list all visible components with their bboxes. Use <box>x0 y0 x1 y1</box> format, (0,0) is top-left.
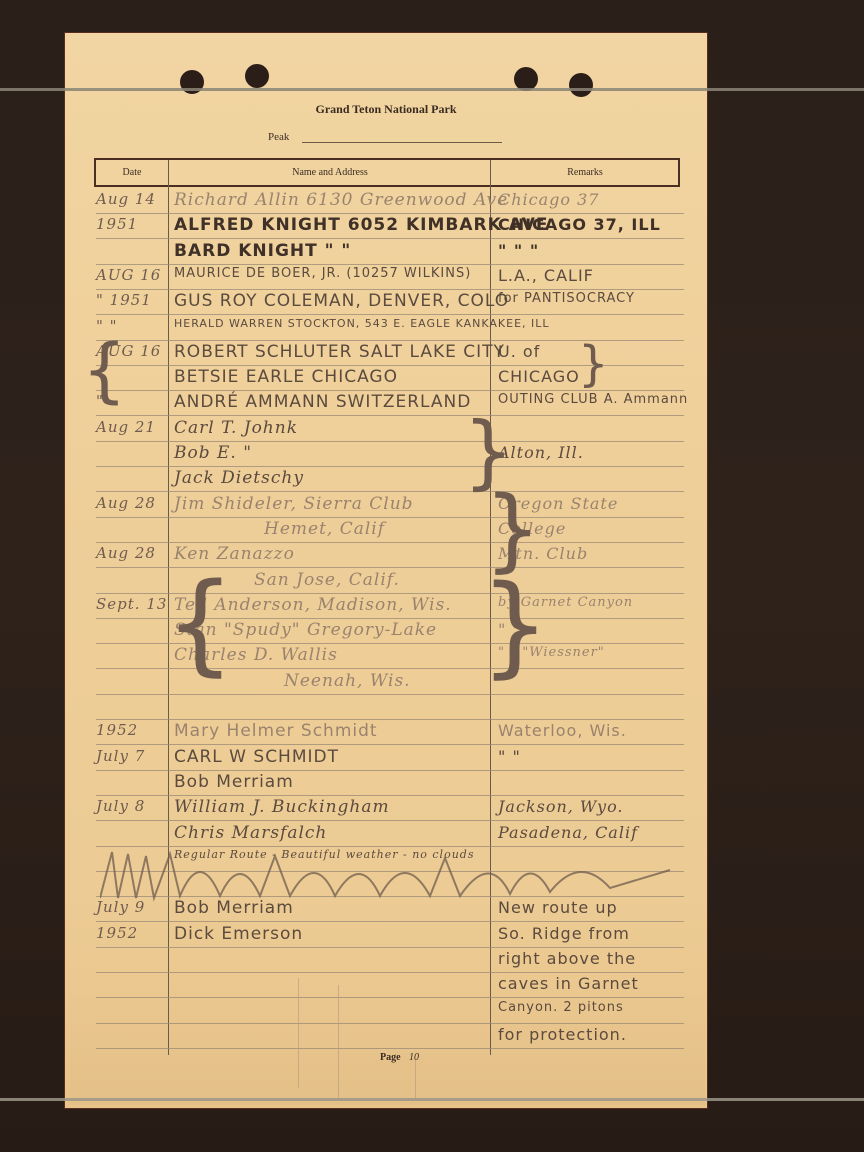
peak-label: Peak <box>268 131 289 143</box>
ruled-line <box>96 820 684 821</box>
entry-name: Jim Shideler, Sierra Club <box>174 494 414 514</box>
entry-remarks: OUTING CLUB A. Ammann <box>498 392 688 407</box>
ruled-line <box>96 795 684 796</box>
ruled-line <box>96 441 684 442</box>
hanging-wire <box>0 1098 864 1101</box>
hanging-wire <box>0 88 864 91</box>
page-number: Page 10 <box>380 1052 419 1063</box>
ruled-line <box>96 744 684 745</box>
ruled-line <box>96 921 684 922</box>
page-value: 10 <box>409 1052 419 1063</box>
entry-date: AUG 16 <box>96 266 161 284</box>
entry-name: Dick Emerson <box>174 924 303 944</box>
entry-remarks: L.A., CALIF <box>498 266 594 285</box>
entry-name: CARL W SCHMIDT <box>174 747 339 767</box>
entry-name: Neenah, Wis. <box>284 671 411 691</box>
entry-date: 1952 <box>96 721 138 739</box>
ruled-line <box>96 1048 684 1049</box>
entry-remarks: right above the <box>498 949 636 968</box>
entry-remarks: for protection. <box>498 1025 627 1044</box>
entry-date: 1951 <box>96 215 138 233</box>
ruled-line <box>96 694 684 695</box>
ruled-line <box>96 947 684 948</box>
entry-name: BARD KNIGHT " " <box>174 241 351 261</box>
ruled-line <box>96 289 684 290</box>
ruled-line <box>96 213 684 214</box>
punch-hole <box>569 73 593 97</box>
entry-name: Richard Allin 6130 Greenwood Ave <box>174 190 508 210</box>
entry-name: ROBERT SCHLUTER SALT LAKE CITY <box>174 342 505 362</box>
ruled-line <box>96 466 684 467</box>
entry-date: " 1951 <box>96 291 152 309</box>
page-label: Page <box>380 1052 401 1063</box>
peak-field <box>302 142 502 143</box>
entry-remarks: " " <box>498 747 521 766</box>
entry-remarks: Jackson, Wyo. <box>498 797 624 816</box>
entry-remarks: CHICAGO <box>498 367 580 386</box>
ruled-line <box>96 238 684 239</box>
ruled-line <box>96 264 684 265</box>
column-header-date: Date <box>96 167 168 178</box>
entry-name: ANDRÉ AMMANN SWITZERLAND <box>174 392 471 412</box>
entry-date: Aug 21 <box>96 418 156 436</box>
entry-date: Sept. 13 <box>96 595 167 613</box>
entry-name: Jack Dietschy <box>174 468 304 488</box>
entry-remarks: for PANTISOCRACY <box>498 291 635 306</box>
entry-remarks: Canyon. 2 pitons <box>498 1000 624 1015</box>
ruled-line <box>96 997 684 998</box>
paper-crease <box>415 1060 416 1100</box>
entry-date: Aug 28 <box>96 544 156 562</box>
entry-remarks: Waterloo, Wis. <box>498 721 627 740</box>
ruled-line <box>96 1023 684 1024</box>
entry-name: Mary Helmer Schmidt <box>174 721 378 741</box>
entry-remarks: U. of <box>498 342 540 361</box>
bracket-group: } <box>578 340 609 388</box>
entry-name: William J. Buckingham <box>174 797 390 817</box>
ruled-line <box>96 972 684 973</box>
entry-remarks: Chicago 37 <box>498 190 599 209</box>
entry-remarks: Pasadena, Calif <box>498 823 638 842</box>
paper-crease <box>338 985 339 1100</box>
entry-name: Carl T. Johnk <box>174 418 298 438</box>
entry-remarks: So. Ridge from <box>498 924 630 943</box>
ruled-line <box>96 415 684 416</box>
entry-date: July 8 <box>96 797 145 815</box>
entry-name: Hemet, Calif <box>264 519 385 539</box>
paper-crease <box>298 978 299 1088</box>
entry-name: GUS ROY COLEMAN, DENVER, COLO <box>174 291 509 311</box>
entry-name: Chris Marsfalch <box>174 823 327 843</box>
entry-name: ALFRED KNIGHT 6052 KIMBARK AVE <box>174 215 548 235</box>
punch-hole <box>245 64 269 88</box>
ruled-line <box>96 542 684 543</box>
ruled-line <box>96 846 684 847</box>
ruled-line <box>96 770 684 771</box>
entry-remarks: " " " <box>498 241 539 260</box>
bracket-group: } <box>480 570 550 680</box>
entry-date: 1952 <box>96 924 138 942</box>
entry-date: Aug 14 <box>96 190 156 208</box>
entry-date: July 7 <box>96 747 145 765</box>
entry-name: Bob E. " <box>174 443 252 463</box>
column-header-name: Name and Address <box>170 167 490 178</box>
column-header-remarks: Remarks <box>490 167 680 178</box>
ruled-line <box>96 491 684 492</box>
entry-name: Bob Merriam <box>174 772 294 792</box>
entry-remarks: CHICAGO 37, ILL <box>498 215 661 234</box>
entry-name: San Jose, Calif. <box>254 570 400 590</box>
entry-name: HERALD WARREN STOCKTON, 543 E. EAGLE KAN… <box>174 317 550 330</box>
ruled-line <box>96 719 684 720</box>
ruled-line <box>96 517 684 518</box>
bracket-group: { <box>165 568 235 678</box>
entry-date: Aug 28 <box>96 494 156 512</box>
form-title: Grand Teton National Park <box>65 102 707 117</box>
bracket-group: { <box>82 335 127 405</box>
entry-remarks: caves in Garnet <box>498 974 639 993</box>
entry-name: MAURICE DE BOER, JR. (10257 WILKINS) <box>174 266 471 281</box>
entry-name: BETSIE EARLE CHICAGO <box>174 367 398 387</box>
ruled-line <box>96 314 684 315</box>
crossed-out-scribble <box>100 848 680 902</box>
